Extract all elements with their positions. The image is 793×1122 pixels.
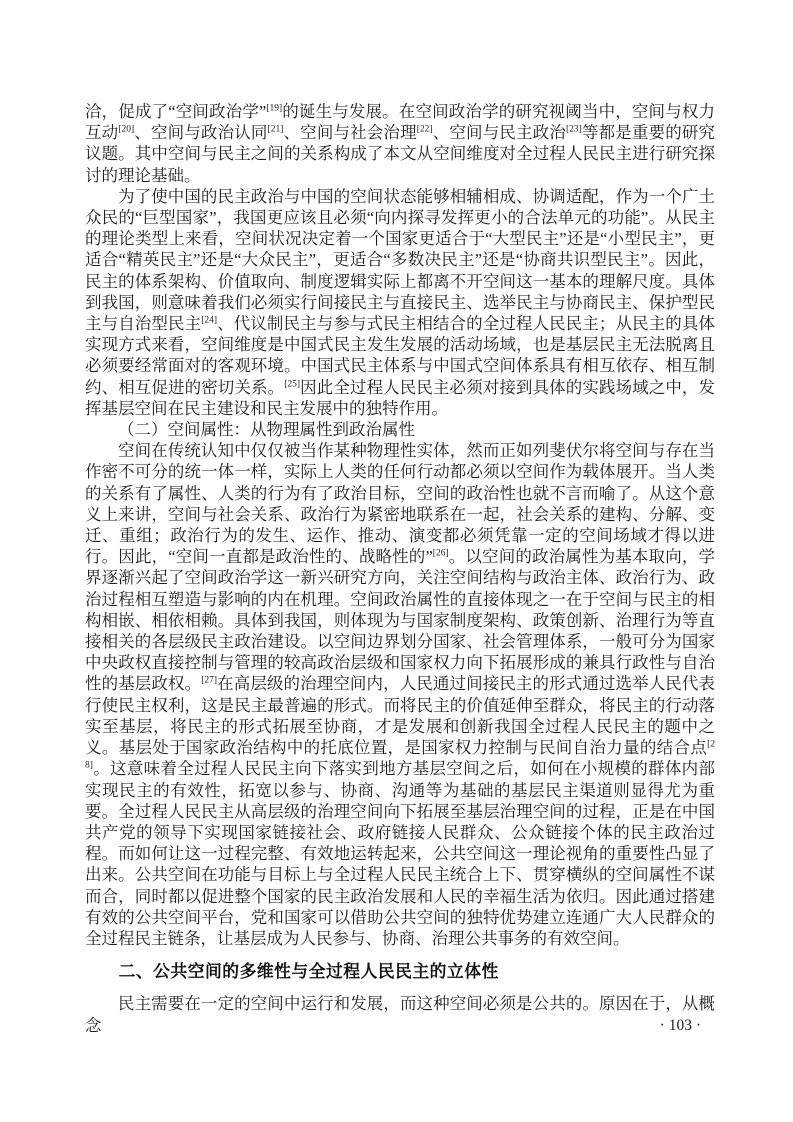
footnote-ref: [22]	[417, 125, 433, 135]
footnote-ref: [26]	[433, 549, 449, 559]
footnote-ref: [28]	[85, 740, 715, 771]
document-page: 洽，促成了“空间政治学”[19]的诞生与发展。在空间政治学的研究视阈当中，空间与…	[0, 0, 793, 1122]
section-heading: 二、公共空间的多维性与全过程人民民主的立体性	[85, 961, 715, 982]
article-body: 洽，促成了“空间政治学”[19]的诞生与发展。在空间政治学的研究视阈当中，空间与…	[85, 101, 715, 1036]
paragraph: 空间在传统认知中仅仅被当作某种物理性实体，然而正如列斐伏尔将空间与存在当作密不可…	[85, 440, 715, 949]
footnote-ref: [20]	[118, 125, 134, 135]
paragraph: 民主需要在一定的空间中运行和发展，而这种空间必须是公共的。原因在于，从概念	[85, 993, 715, 1035]
paragraph: 为了使中国的民主政治与中国的空间状态能够相辅相成、协调适配，作为一个广土众民的“…	[85, 186, 715, 419]
subsection-heading: （二）空间属性：从物理属性到政治属性	[85, 419, 715, 440]
paragraph: 洽，促成了“空间政治学”[19]的诞生与发展。在空间政治学的研究视阈当中，空间与…	[85, 101, 715, 186]
footnote-ref: [24]	[201, 316, 217, 326]
footnote-ref: [23]	[566, 125, 582, 135]
footnote-ref: [25]	[284, 379, 300, 389]
footnote-ref: [27]	[201, 676, 217, 686]
page-number: · 103 ·	[660, 1017, 701, 1035]
footnote-ref: [21]	[268, 125, 284, 135]
footnote-ref: [19]	[266, 104, 282, 114]
